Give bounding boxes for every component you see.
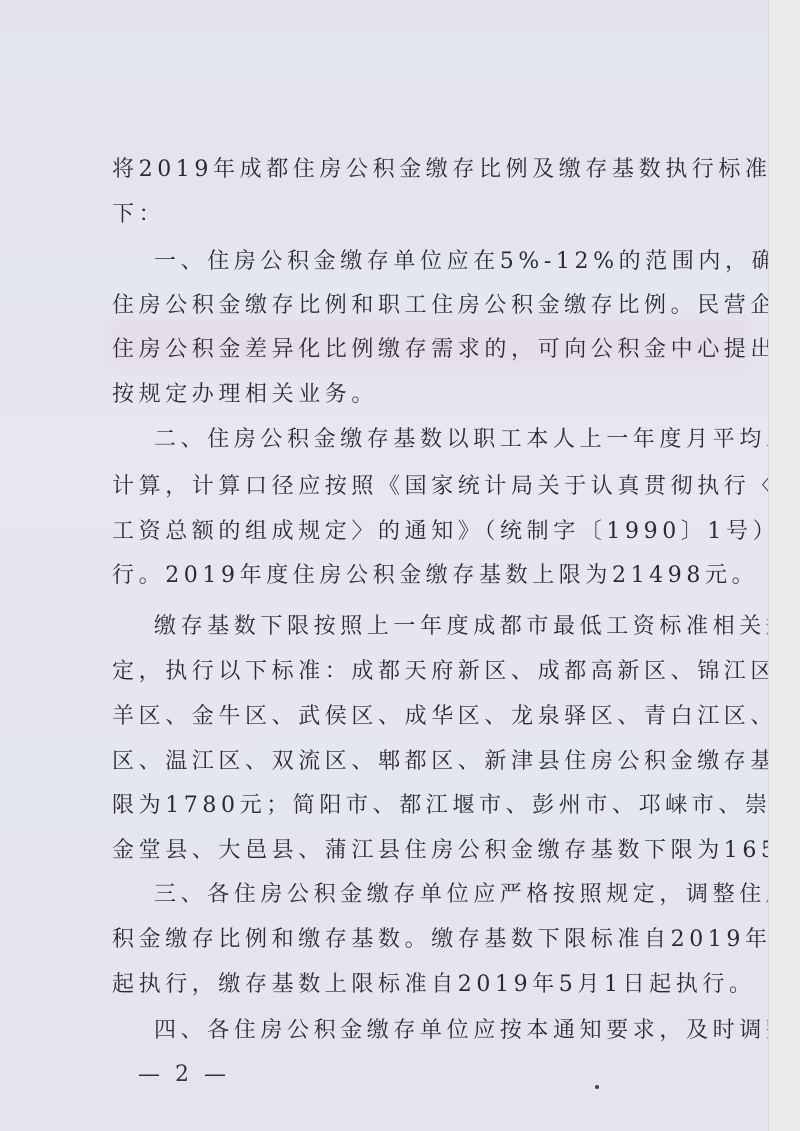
paragraph-line: 住房公积金缴存比例和职工住房公积金缴存比例。民营企业有 — [112, 291, 724, 321]
paragraph-line: 金堂县、大邑县、蒲江县住房公积金缴存基数下限为1650元。 — [112, 836, 724, 866]
paragraph-line: 起执行，缴存基数上限标准自2019年5月1日起执行。 — [112, 970, 724, 1000]
paragraph-line: 定，执行以下标准：成都天府新区、成都高新区、锦江区、青 — [112, 657, 724, 687]
page-number: — 2 — — [138, 1060, 230, 1090]
scan-speck — [595, 1085, 599, 1089]
section-1-heading-line: 一、住房公积金缴存单位应在5%-12%的范围内，确定单位 — [154, 247, 724, 277]
paragraph-line: 工资总额的组成规定〉的通知》（统制字〔1990〕1号）要求执 — [112, 517, 724, 547]
paragraph-line: 区、温江区、双流区、郫都区、新津县住房公积金缴存基数下 — [112, 747, 724, 777]
document-page: 将2019年成都住房公积金缴存比例及缴存基数执行标准通知如 下： 一、住房公积金… — [0, 0, 768, 1131]
paragraph-line: 羊区、金牛区、武侯区、成华区、龙泉驿区、青白江区、新都 — [112, 702, 724, 732]
paragraph-line: 下： — [112, 200, 724, 230]
section-3-heading-line: 三、各住房公积金缴存单位应严格按照规定，调整住房公 — [154, 880, 724, 910]
paragraph-line: 缴存基数下限按照上一年度成都市最低工资标准相关规 — [154, 612, 724, 642]
section-2-heading-line: 二、住房公积金缴存基数以职工本人上一年度月平均工资 — [154, 425, 724, 455]
paragraph-line: 将2019年成都住房公积金缴存比例及缴存基数执行标准通知如 — [112, 155, 724, 185]
paragraph-line: 计算，计算口径应按照《国家统计局关于认真贯彻执行〈关于 — [112, 472, 724, 502]
paragraph-line: 积金缴存比例和缴存基数。缴存基数下限标准自2019年1月1日 — [112, 925, 724, 955]
paragraph-line: 按规定办理相关业务。 — [112, 380, 724, 410]
paragraph-line: 行。2019年度住房公积金缴存基数上限为21498元。 — [112, 561, 724, 591]
paragraph-line: 限为1780元；简阳市、都江堰市、彭州市、邛崃市、崇州市、 — [112, 791, 724, 821]
paragraph-line: 住房公积金差异化比例缴存需求的，可向公积金中心提出申请， — [112, 335, 724, 365]
scan-background-edge — [768, 0, 800, 1131]
section-4-heading-line: 四、各住房公积金缴存单位应按本通知要求，及时调整住 — [154, 1016, 724, 1046]
